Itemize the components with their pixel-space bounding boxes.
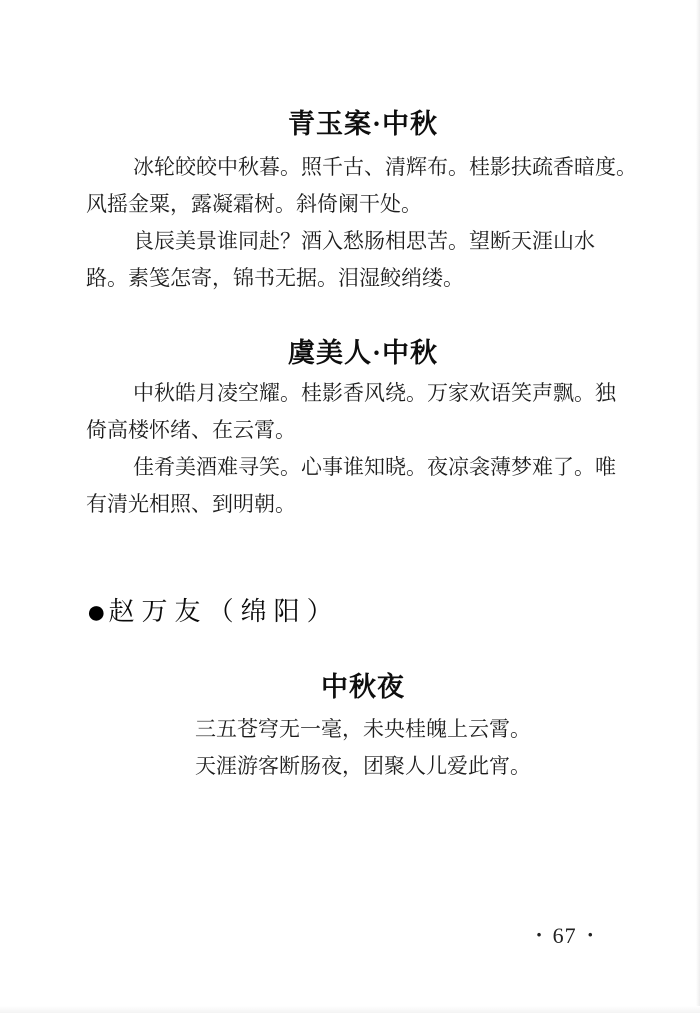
poem-body: 中秋皓月凌空耀。桂影香风绕。万家欢语笑声飘。独 倚高楼怀绪、在云霄。 佳肴美酒难… xyxy=(86,375,640,523)
author-location: （绵阳） xyxy=(208,597,340,626)
poem-line: 冰轮皎皎中秋暮。照千古、清辉布。桂影扶疏香暗度。 xyxy=(86,149,640,186)
poem-line: 有清光相照、到明朝。 xyxy=(86,486,640,523)
poem-section-zhongqiuye: 中秋夜 三五苍穹无一毫，未央桂魄上云霄。 天涯游客断肠夜，团聚人儿爱此宵。 xyxy=(86,669,640,785)
poem-line: 路。素笺怎寄，锦书无据。泪湿鲛绡缕。 xyxy=(86,260,640,297)
book-page: 青玉案·中秋 冰轮皎皎中秋暮。照千古、清辉布。桂影扶疏香暗度。 风摇金粟，露凝霜… xyxy=(0,0,700,1013)
poem-line: 佳肴美酒难寻笑。心事谁知晓。夜凉衾薄梦难了。唯 xyxy=(86,449,640,486)
author-name: 赵万友 xyxy=(109,597,208,626)
scan-edge-right xyxy=(696,0,700,1013)
poem-section-yumeiren: 虞美人·中秋 中秋皓月凌空耀。桂影香风绕。万家欢语笑声飘。独 倚高楼怀绪、在云霄… xyxy=(86,335,640,523)
poem-line: 天涯游客断肠夜，团聚人儿爱此宵。 xyxy=(86,748,640,785)
folio-number: 67 xyxy=(553,923,577,948)
author-attribution: ●赵万友（绵阳） xyxy=(86,592,640,633)
poem-line: 倚高楼怀绪、在云霄。 xyxy=(86,412,640,449)
scan-edge-bottom xyxy=(0,1006,700,1013)
poem-line: 中秋皓月凌空耀。桂影香风绕。万家欢语笑声飘。独 xyxy=(86,375,640,412)
poem-title: 虞美人·中秋 xyxy=(86,335,640,371)
poem-section-qingyuan: 青玉案·中秋 冰轮皎皎中秋暮。照千古、清辉布。桂影扶疏香暗度。 风摇金粟，露凝霜… xyxy=(86,0,640,297)
poem-title: 中秋夜 xyxy=(86,669,640,705)
poem-line: 三五苍穹无一毫，未央桂魄上云霄。 xyxy=(86,711,640,748)
folio-left-dot: · xyxy=(535,922,542,947)
page-content: 青玉案·中秋 冰轮皎皎中秋暮。照千古、清辉布。桂影扶疏香暗度。 风摇金粟，露凝霜… xyxy=(0,0,700,785)
poem-body: 冰轮皎皎中秋暮。照千古、清辉布。桂影扶疏香暗度。 风摇金粟，露凝霜树。斜倚阑干处… xyxy=(86,149,640,297)
poem-title: 青玉案·中秋 xyxy=(86,0,640,142)
page-number: ·67· xyxy=(525,922,604,949)
poem-line: 风摇金粟，露凝霜树。斜倚阑干处。 xyxy=(86,186,640,223)
folio-right-dot: · xyxy=(587,922,594,947)
author-bullet-icon: ● xyxy=(86,593,107,633)
poem-line: 良辰美景谁同赴？酒入愁肠相思苦。望断天涯山水 xyxy=(86,223,640,260)
poem-body: 三五苍穹无一毫，未央桂魄上云霄。 天涯游客断肠夜，团聚人儿爱此宵。 xyxy=(86,711,640,785)
